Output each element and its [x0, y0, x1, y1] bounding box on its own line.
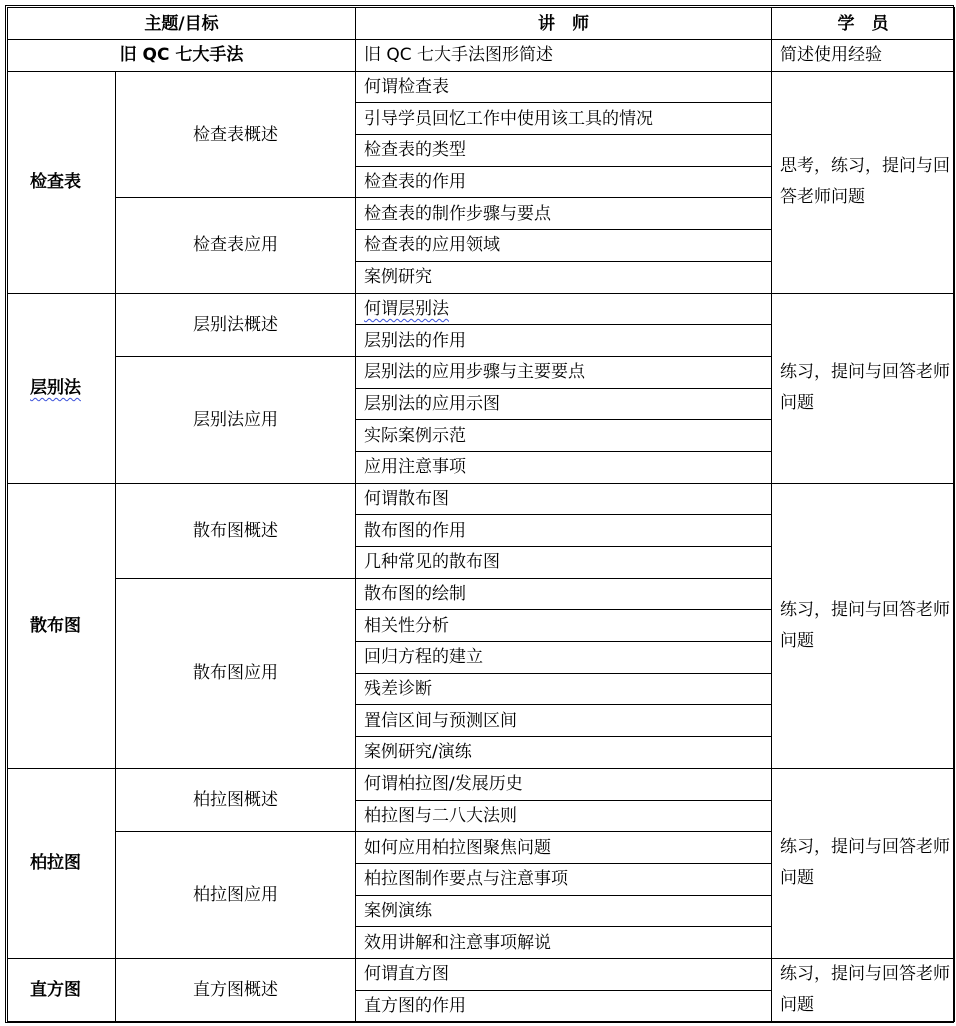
teacher-item: 柏拉图制作要点与注意事项: [356, 863, 772, 895]
teacher-item: 层别法的应用步骤与主要要点: [356, 356, 772, 388]
teacher-item: 层别法的作用: [356, 325, 772, 357]
teacher-item: 何谓检查表: [356, 71, 772, 103]
teacher-item: 如何应用柏拉图聚焦问题: [356, 832, 772, 864]
subtopic-cell: 柏拉图应用: [116, 832, 356, 959]
student-cell: 练习，提问与回答老师问题: [772, 483, 955, 768]
topic-text: 层别法: [30, 378, 81, 398]
teacher-item: 层别法的应用示图: [356, 388, 772, 420]
teacher-item: 残差诊断: [356, 673, 772, 705]
header-topic: 主题/目标: [8, 8, 356, 40]
topic-cell: 散布图: [8, 483, 116, 768]
table-row: 柏拉图 柏拉图概述 何谓柏拉图/发展历史 练习，提问与回答老师问题: [8, 768, 955, 800]
teacher-item: 应用注意事项: [356, 451, 772, 483]
subtopic-cell: 检查表应用: [116, 198, 356, 293]
student-cell: 练习，提问与回答老师问题: [772, 958, 955, 1021]
teacher-item: 相关性分析: [356, 610, 772, 642]
header-teacher: 讲 师: [356, 8, 772, 40]
teacher-item: 何谓直方图: [356, 958, 772, 990]
topic-cell: 柏拉图: [8, 768, 116, 958]
teacher-item: 直方图的作用: [356, 990, 772, 1022]
subtopic-cell: 散布图概述: [116, 483, 356, 578]
subtopic-cell: 柏拉图概述: [116, 768, 356, 831]
teacher-item: 实际案例示范: [356, 420, 772, 452]
teacher-item: 检查表的作用: [356, 166, 772, 198]
intro-row: 旧 QC 七大手法 旧 QC 七大手法图形简述 简述使用经验: [8, 40, 955, 72]
teacher-item: 案例演练: [356, 895, 772, 927]
teacher-item: 柏拉图与二八大法则: [356, 800, 772, 832]
teacher-item: 何谓散布图: [356, 483, 772, 515]
intro-topic: 旧 QC 七大手法: [8, 40, 356, 72]
subtopic-text: 层别法概述: [193, 315, 278, 335]
teacher-item: 散布图的作用: [356, 515, 772, 547]
teacher-item: 案例研究: [356, 261, 772, 293]
teacher-item: 何谓柏拉图/发展历史: [356, 768, 772, 800]
teacher-item: 引导学员回忆工作中使用该工具的情况: [356, 103, 772, 135]
subtopic-cell: 层别法概述: [116, 293, 356, 356]
teacher-item: 几种常见的散布图: [356, 547, 772, 579]
teacher-item: 检查表的制作步骤与要点: [356, 198, 772, 230]
teacher-item: 效用讲解和注意事项解说: [356, 927, 772, 959]
subtopic-cell: 散布图应用: [116, 578, 356, 768]
subtopic-cell: 直方图概述: [116, 958, 356, 1021]
intro-teacher: 旧 QC 七大手法图形简述: [356, 40, 772, 72]
topic-cell: 层别法: [8, 293, 116, 483]
header-row: 主题/目标 讲 师 学 员: [8, 8, 955, 40]
teacher-item-text: 何谓层别法: [364, 299, 449, 319]
table-row: 检查表 检查表概述 何谓检查表 思考，练习，提问与回答老师问题: [8, 71, 955, 103]
table-row: 直方图 直方图概述 何谓直方图 练习，提问与回答老师问题: [8, 958, 955, 990]
subtopic-cell: 检查表概述: [116, 71, 356, 198]
student-cell: 思考，练习，提问与回答老师问题: [772, 71, 955, 293]
course-outline-table: 主题/目标 讲 师 学 员 旧 QC 七大手法 旧 QC 七大手法图形简述 简述…: [7, 7, 955, 1022]
teacher-item: 案例研究/演练: [356, 737, 772, 769]
teacher-item: 散布图的绘制: [356, 578, 772, 610]
teacher-item: 检查表的应用领域: [356, 230, 772, 262]
student-cell: 练习，提问与回答老师问题: [772, 768, 955, 958]
teacher-item: 检查表的类型: [356, 135, 772, 167]
topic-cell: 检查表: [8, 71, 116, 293]
header-student: 学 员: [772, 8, 955, 40]
student-cell: 练习，提问与回答老师问题: [772, 293, 955, 483]
teacher-item: 回归方程的建立: [356, 642, 772, 674]
teacher-item: 置信区间与预测区间: [356, 705, 772, 737]
subtopic-cell: 层别法应用: [116, 356, 356, 483]
intro-student: 简述使用经验: [772, 40, 955, 72]
topic-cell: 直方图: [8, 958, 116, 1021]
teacher-item: 何谓层别法: [356, 293, 772, 325]
table-row: 散布图 散布图概述 何谓散布图 练习，提问与回答老师问题: [8, 483, 955, 515]
table-row: 层别法 层别法概述 何谓层别法 练习，提问与回答老师问题: [8, 293, 955, 325]
